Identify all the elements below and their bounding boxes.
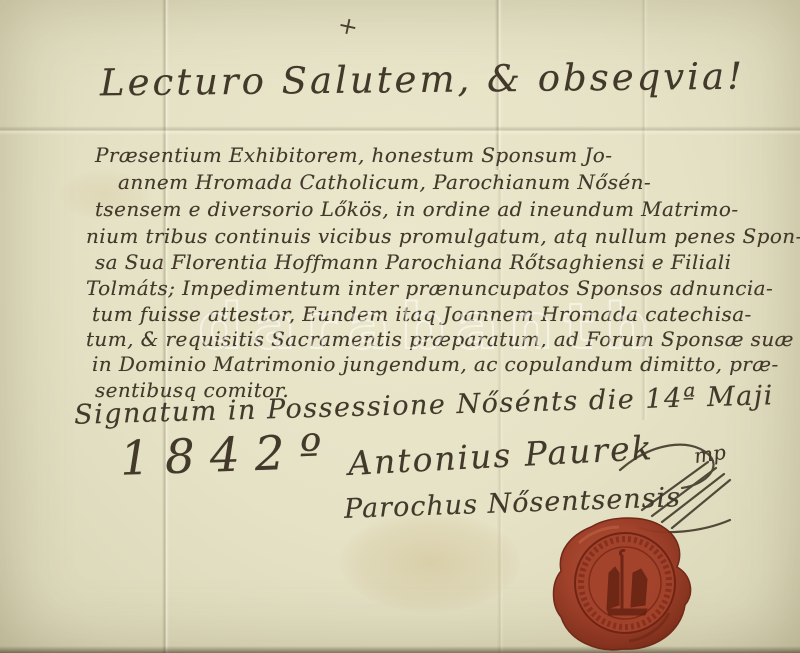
salutation-line: Lecturo Salutem, & obseqvia! (100, 55, 745, 105)
body-line: sa Sua Florentia Hoffmann Parochiana Rőt… (95, 250, 731, 274)
stain (340, 512, 520, 612)
signature-name: Antonius Paurek (347, 428, 654, 483)
manuscript-paper: + Lecturo Salutem, & obseqvia! Præsentiu… (0, 0, 800, 653)
body-line: annem Hromada Catholicum, Parochianum Nő… (118, 170, 651, 194)
body-line: nium tribus continuis vicibus promulgatu… (86, 224, 800, 248)
body-line: tsensem e diversorio Lőkös, in ordine ad… (95, 197, 738, 221)
year: 1842º (119, 424, 338, 487)
fold-crease-horizontal (0, 126, 800, 135)
red-wax-seal (549, 513, 703, 653)
watermark: darabanth (198, 290, 660, 363)
cross-mark: + (335, 10, 360, 42)
body-line: Præsentium Exhibitorem, honestum Sponsum… (95, 143, 612, 167)
